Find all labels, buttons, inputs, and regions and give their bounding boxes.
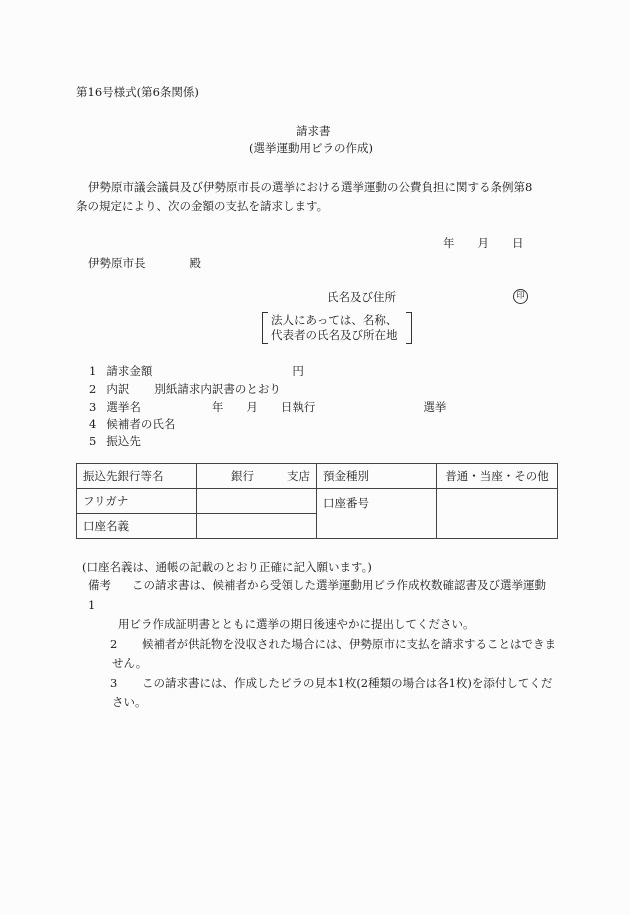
remark-text: この請求書は、候補者から受領した選挙運動用ビラ作成枚数確認書及び選挙運動 <box>132 576 558 615</box>
item-candidate-name: 4候補者の氏名 <box>89 417 175 431</box>
branch-suffix: 支店 <box>287 468 310 484</box>
item-unit: 円 <box>292 364 304 378</box>
table-row: フリガナ 口座番号 <box>77 489 558 514</box>
remark-item: 備考1 この請求書は、候補者から受領した選挙運動用ビラ作成枚数確認書及び選挙運動 <box>88 576 558 615</box>
remark-continuation: せん。 <box>88 654 558 674</box>
item-breakdown: 2内訳別紙請求内訳書のとおり <box>89 382 281 396</box>
item-day: 日執行 <box>281 400 316 414</box>
item-number: 3 <box>89 400 96 414</box>
item-label: 選挙名 <box>106 400 141 414</box>
addressee: 伊勢原市長殿 <box>88 256 201 270</box>
item-number: 4 <box>89 417 96 431</box>
remark-number: 2 <box>88 635 130 655</box>
account-note: (口座名義は、通帳の記載のとおり正確に記入願います。) <box>82 560 372 574</box>
corporate-note-text: 法人にあっては、名称、 代表者の氏名及び所在地 <box>271 313 398 342</box>
addressee-honorific: 殿 <box>190 256 202 270</box>
form-number: 第16号様式(第6条関係) <box>76 85 199 99</box>
intro-text-line1: 伊勢原市議会議員及び伊勢原市長の選挙における選挙運動の公費負担に関する条例第8 <box>88 180 532 194</box>
remark-item: 3 この請求書には、作成したビラの見本1枚(2種類の場合は各1枚)を添付してくだ <box>88 674 558 694</box>
remark-continuation: さい。 <box>88 693 558 713</box>
item-label: 請求金額 <box>106 364 152 378</box>
item-number: 2 <box>89 382 96 396</box>
bracket-right <box>406 312 412 344</box>
remark-text: 候補者が供託物を没収された場合には、伊勢原市に支払を請求することはできま <box>142 635 558 655</box>
account-number-label: 口座番号 <box>317 489 437 539</box>
document-title: 請求書 <box>296 124 331 138</box>
corporate-note: 法人にあっては、名称、 代表者の氏名及び所在地 <box>262 312 412 342</box>
remark-continuation: 用ビラ作成証明書とともに選挙の期日後速やかに提出してください。 <box>88 615 558 635</box>
account-holder-label: 口座名義 <box>77 514 197 539</box>
bank-info-table: 振込先銀行等名 銀行 支店 預金種別 普通・当座・その他 フリガナ 口座番号 口… <box>76 463 558 539</box>
remark-number: 3 <box>88 674 130 694</box>
intro-text-line2: 条の規定により、次の金額の支払を請求します。 <box>76 199 328 213</box>
corporate-note-line2: 代表者の氏名及び所在地 <box>271 328 398 343</box>
account-type-options[interactable]: 普通・当座・その他 <box>437 464 558 489</box>
item-value: 別紙請求内訳書のとおり <box>154 382 281 396</box>
item-election-name: 3選挙名年月日執行選挙 <box>89 400 446 414</box>
corporate-note-line1: 法人にあっては、名称、 <box>271 313 398 328</box>
item-label: 振込先 <box>106 434 141 448</box>
bank-suffix: 銀行 <box>231 468 254 484</box>
item-transfer-destination: 5振込先 <box>89 434 141 448</box>
item-label: 内訳 <box>106 382 129 396</box>
account-number-field[interactable] <box>437 489 558 539</box>
seal-icon: 印 <box>513 289 528 304</box>
remarks-head: 備考1 <box>88 576 118 615</box>
item-number: 5 <box>89 434 96 448</box>
bracket-left <box>262 312 268 344</box>
furigana-label: フリガナ <box>77 489 197 514</box>
item-label: 候補者の氏名 <box>106 417 175 431</box>
table-row: 振込先銀行等名 銀行 支店 預金種別 普通・当座・その他 <box>77 464 558 489</box>
date-year-label: 年 <box>443 236 455 250</box>
addressee-name: 伊勢原市長 <box>88 256 146 270</box>
bank-name-label: 振込先銀行等名 <box>77 464 197 489</box>
bank-branch-field[interactable]: 銀行 支店 <box>197 464 317 489</box>
item-suffix: 選挙 <box>423 400 446 414</box>
document-subtitle: (選挙運動用ビラの作成) <box>249 141 373 155</box>
remark-text: この請求書には、作成したビラの見本1枚(2種類の場合は各1枚)を添付してくだ <box>142 674 558 694</box>
date-month-label: 月 <box>478 236 490 250</box>
item-claim-amount: 1請求金額円 <box>89 364 304 378</box>
date-field[interactable]: 年月日 <box>443 236 524 250</box>
account-type-label: 預金種別 <box>317 464 437 489</box>
applicant-label: 氏名及び住所 <box>327 290 396 304</box>
item-year: 年 <box>212 400 224 414</box>
date-day-label: 日 <box>512 236 524 250</box>
item-month: 月 <box>246 400 258 414</box>
account-holder-field[interactable] <box>197 514 317 539</box>
item-number: 1 <box>89 364 96 378</box>
remarks: 備考1 この請求書は、候補者から受領した選挙運動用ビラ作成枚数確認書及び選挙運動… <box>88 576 558 713</box>
remark-item: 2 候補者が供託物を没収された場合には、伊勢原市に支払を請求することはできま <box>88 635 558 655</box>
furigana-field[interactable] <box>197 489 317 514</box>
